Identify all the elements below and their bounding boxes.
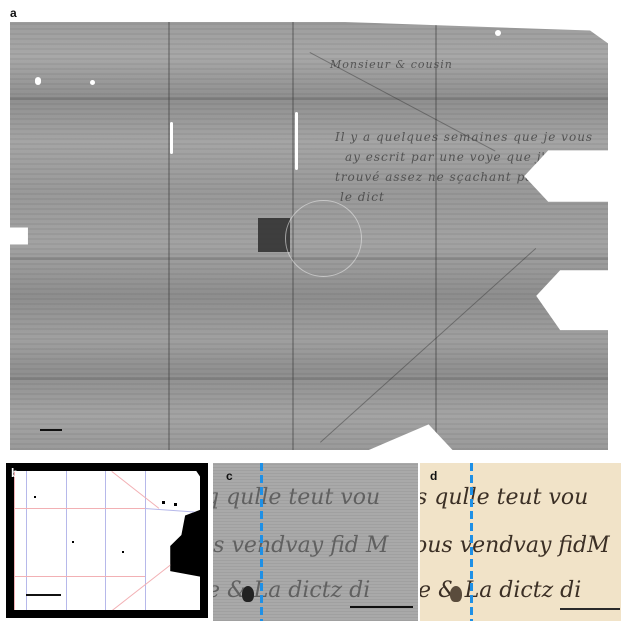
fold-line-blue	[66, 471, 67, 610]
letter-line: Il y a quelques semaines que je vous	[335, 130, 593, 144]
speck	[174, 503, 177, 506]
panel-a-xray-letter: a Monsieur & cousin Il y a quelques sema…	[0, 0, 621, 455]
scale-bar	[40, 429, 62, 431]
handwriting-line: us vendvay fid M	[213, 533, 388, 558]
panel-label-c: c	[226, 470, 233, 482]
panel-c-xray-detail: c q qulle teut vou us vendvay fid M e & …	[213, 463, 418, 621]
scale-bar	[26, 594, 61, 596]
speck	[72, 541, 74, 543]
speck	[122, 551, 124, 553]
hole	[90, 80, 95, 85]
ink-blot	[450, 586, 462, 602]
hole	[35, 77, 41, 85]
fold-line-blue	[26, 471, 27, 610]
speck	[34, 496, 36, 498]
fold-line-red	[14, 471, 15, 610]
fold-line-red	[112, 555, 184, 611]
scale-bar	[350, 606, 413, 608]
handwriting-line: e & La dictz di	[213, 578, 370, 603]
letter-line: ay escrit par une voye que j'ai	[345, 150, 559, 164]
seal-impression	[285, 200, 362, 277]
fold-line-red	[14, 508, 145, 509]
panel-b-fold-pattern: b	[6, 463, 208, 618]
ink-blot	[242, 586, 254, 602]
salutation-text: Monsieur & cousin	[330, 58, 453, 71]
handwriting-line: q qulle teut vou	[213, 485, 380, 510]
handwriting-line: ous vendvay fidM	[420, 533, 610, 558]
alignment-marker-dashed-line	[470, 463, 473, 621]
panel-label-a: a	[10, 7, 17, 19]
panel-label-d: d	[430, 470, 437, 482]
crease-line	[320, 248, 536, 443]
letter-mask	[14, 471, 200, 610]
letter-line: trouvé assez ne sçachant pas	[335, 170, 541, 184]
scale-bar	[560, 608, 620, 610]
fold-line-blue	[145, 508, 200, 513]
handwriting-line: e & La dictz di	[420, 578, 581, 603]
fold-line	[435, 22, 437, 450]
panel-label-b: b	[11, 467, 18, 479]
tear	[170, 122, 173, 154]
fold-line-blue	[145, 471, 146, 610]
hole	[495, 30, 501, 36]
speck	[162, 501, 165, 504]
fold-line-blue	[105, 471, 106, 610]
fold-line-red	[14, 576, 145, 577]
panel-d-photo-detail: d s qulle teut vou ous vendvay fidM e & …	[420, 463, 621, 621]
fold-line	[10, 377, 608, 380]
letter-line: le dict	[340, 190, 385, 204]
tear	[295, 112, 298, 170]
fold-line	[10, 97, 608, 100]
fold-line-red	[111, 471, 159, 509]
fold-line	[168, 22, 170, 450]
handwriting-line: s qulle teut vou	[420, 485, 588, 510]
alignment-marker-dashed-line	[260, 463, 263, 621]
